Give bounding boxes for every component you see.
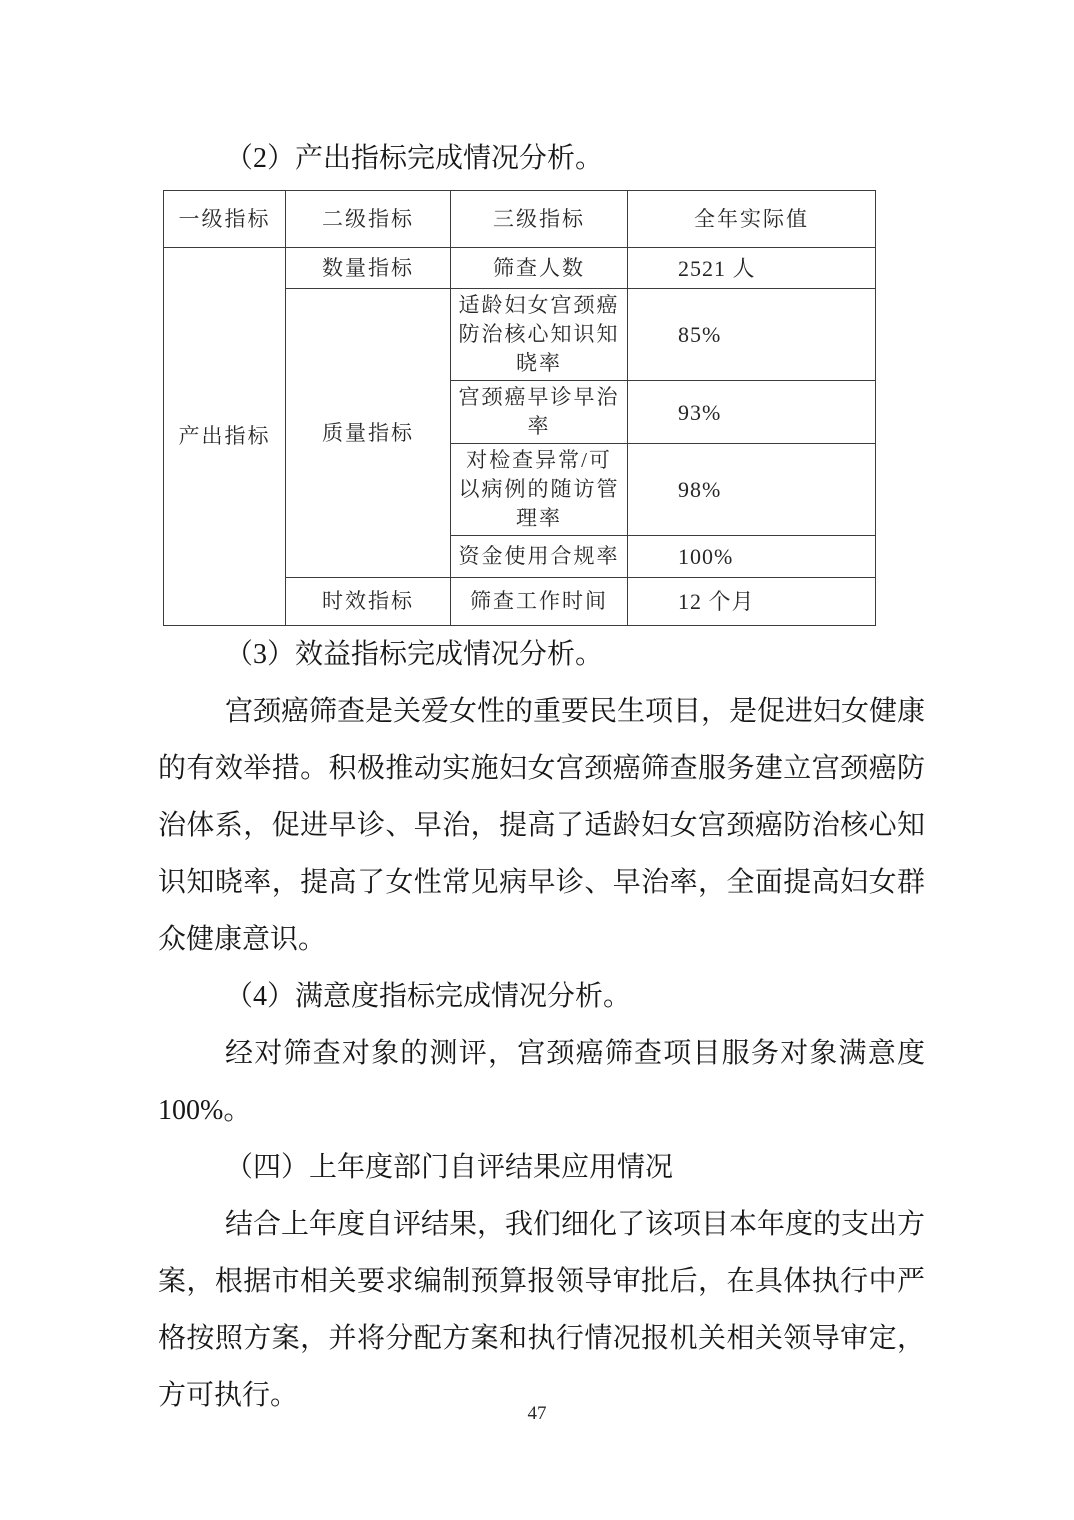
table-header-row: 一级指标 二级指标 三级指标 全年实际值 bbox=[164, 191, 876, 248]
heading-prior-year-self-evaluation: （四）上年度部门自评结果应用情况 bbox=[158, 1139, 925, 1196]
cell-value-fund-compliance-rate: 100% bbox=[628, 536, 876, 578]
header-level3: 三级指标 bbox=[451, 191, 628, 248]
cell-value-screened-count: 2521 人 bbox=[628, 248, 876, 289]
heading-output-indicators: （2）产出指标完成情况分析。 bbox=[158, 130, 925, 187]
cell-level2-quality: 质量指标 bbox=[286, 289, 451, 578]
paragraph-satisfaction-analysis: 经对筛查对象的测评，宫颈癌筛查项目服务对象满意度100%。 bbox=[158, 1025, 925, 1139]
document-page: （2）产出指标完成情况分析。 一级指标 二级指标 三级指标 全年实际值 产出指标… bbox=[0, 0, 1074, 1520]
output-indicator-table: 一级指标 二级指标 三级指标 全年实际值 产出指标 数量指标 筛查人数 2521… bbox=[163, 190, 876, 626]
cell-level3-screened-count: 筛查人数 bbox=[451, 248, 628, 289]
cell-level3-screening-duration: 筛查工作时间 bbox=[451, 578, 628, 626]
header-level1: 一级指标 bbox=[164, 191, 286, 248]
paragraph-benefit-analysis: 宫颈癌筛查是关爱女性的重要民生项目，是促进妇女健康的有效举措。积极推动实施妇女宫… bbox=[158, 683, 925, 968]
cell-value-early-treatment-rate: 93% bbox=[628, 381, 876, 444]
header-level2: 二级指标 bbox=[286, 191, 451, 248]
cell-level3-fund-compliance-rate: 资金使用合规率 bbox=[451, 536, 628, 578]
cell-level3-awareness-rate: 适龄妇女宫颈癌防治核心知识知晓率 bbox=[451, 289, 628, 381]
cell-value-awareness-rate: 85% bbox=[628, 289, 876, 381]
paragraph-prior-year-application: 结合上年度自评结果，我们细化了该项目本年度的支出方案，根据市相关要求编制预算报领… bbox=[158, 1196, 925, 1424]
heading-satisfaction-indicators: （4）满意度指标完成情况分析。 bbox=[158, 968, 925, 1025]
cell-level3-followup-rate: 对检查异常/可以病例的随访管理率 bbox=[451, 444, 628, 536]
heading-benefit-indicators: （3）效益指标完成情况分析。 bbox=[158, 626, 925, 683]
header-annual-value: 全年实际值 bbox=[628, 191, 876, 248]
table-row: 产出指标 数量指标 筛查人数 2521 人 bbox=[164, 248, 876, 289]
page-number: 47 bbox=[0, 1402, 1074, 1426]
cell-level1-output: 产出指标 bbox=[164, 248, 286, 626]
cell-level3-early-treatment-rate: 宫颈癌早诊早治率 bbox=[451, 381, 628, 444]
cell-level2-timeliness: 时效指标 bbox=[286, 578, 451, 626]
cell-level2-quantity: 数量指标 bbox=[286, 248, 451, 289]
document-content: （2）产出指标完成情况分析。 一级指标 二级指标 三级指标 全年实际值 产出指标… bbox=[158, 130, 925, 1424]
cell-value-screening-duration: 12 个月 bbox=[628, 578, 876, 626]
cell-value-followup-rate: 98% bbox=[628, 444, 876, 536]
